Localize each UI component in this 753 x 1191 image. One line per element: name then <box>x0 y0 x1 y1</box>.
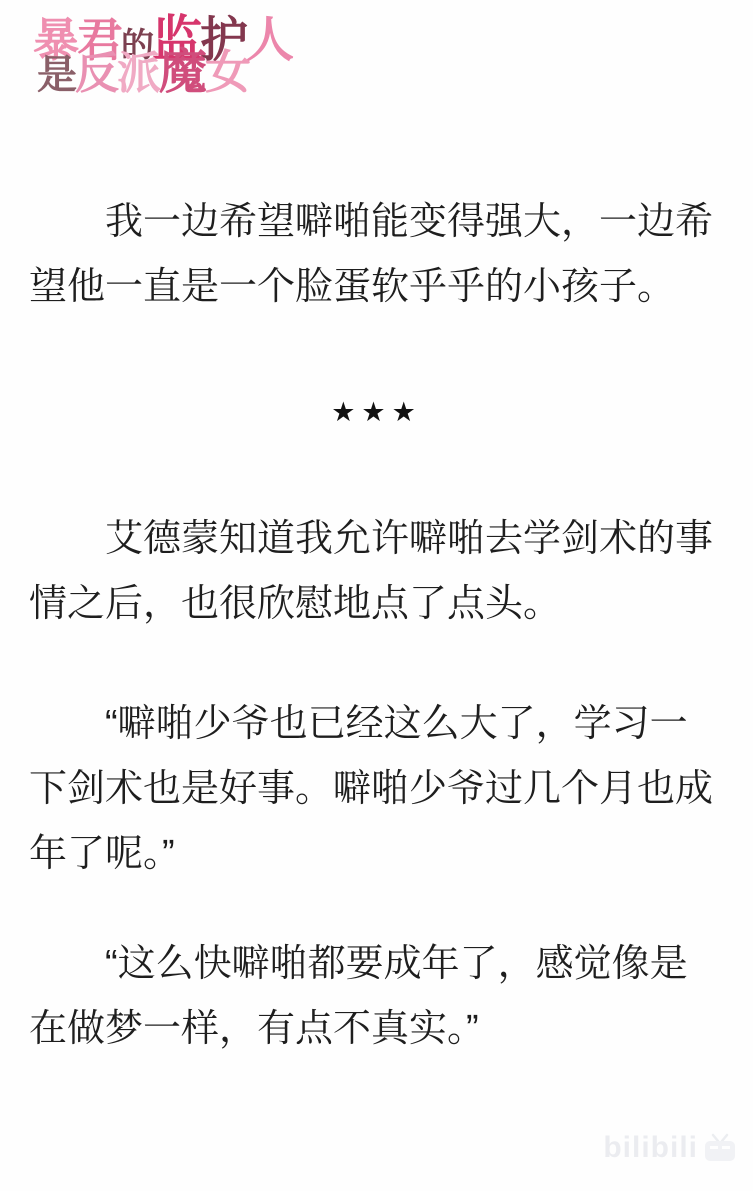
paragraph: 艾德蒙知道我允许噼啪去学剑术的事情之后，也很欣慰地点了点头。 <box>29 507 724 637</box>
paragraph: “这么快噼啪都要成年了，感觉像是在做梦一样，有点不真实。” <box>29 932 724 1062</box>
paragraph-line: 在做梦一样，有点不真实。” <box>29 997 724 1062</box>
paragraph-line: 年了呢。” <box>29 822 724 887</box>
paragraph-line: “噼啪少爷也已经这么大了，学习一 <box>29 692 724 757</box>
chapter-text: 我一边希望噼啪能变得强大，一边希望他一直是一个脸蛋软乎乎的小孩子。★★★艾德蒙知… <box>29 0 724 1062</box>
bilibili-watermark: bilibili <box>603 1131 737 1165</box>
bilibili-tv-icon <box>703 1133 737 1163</box>
paragraph-line: 望他一直是一个脸蛋软乎乎的小孩子。 <box>29 255 724 320</box>
bilibili-wordmark: bilibili <box>603 1131 698 1165</box>
paragraph-line: 我一边希望噼啪能变得强大，一边希 <box>29 190 724 255</box>
paragraph: “噼啪少爷也已经这么大了，学习一下剑术也是好事。噼啪少爷过几个月也成年了呢。” <box>29 692 724 887</box>
paragraph-line: “这么快噼啪都要成年了，感觉像是 <box>29 932 724 997</box>
section-divider: ★★★ <box>29 380 724 445</box>
paragraph-line: 艾德蒙知道我允许噼啪去学剑术的事 <box>29 507 724 572</box>
paragraph: 我一边希望噼啪能变得强大，一边希望他一直是一个脸蛋软乎乎的小孩子。 <box>29 190 724 320</box>
paragraph-line: 情之后，也很欣慰地点了点头。 <box>29 572 724 637</box>
paragraph-line: 下剑术也是好事。噼啪少爷过几个月也成 <box>29 757 724 822</box>
